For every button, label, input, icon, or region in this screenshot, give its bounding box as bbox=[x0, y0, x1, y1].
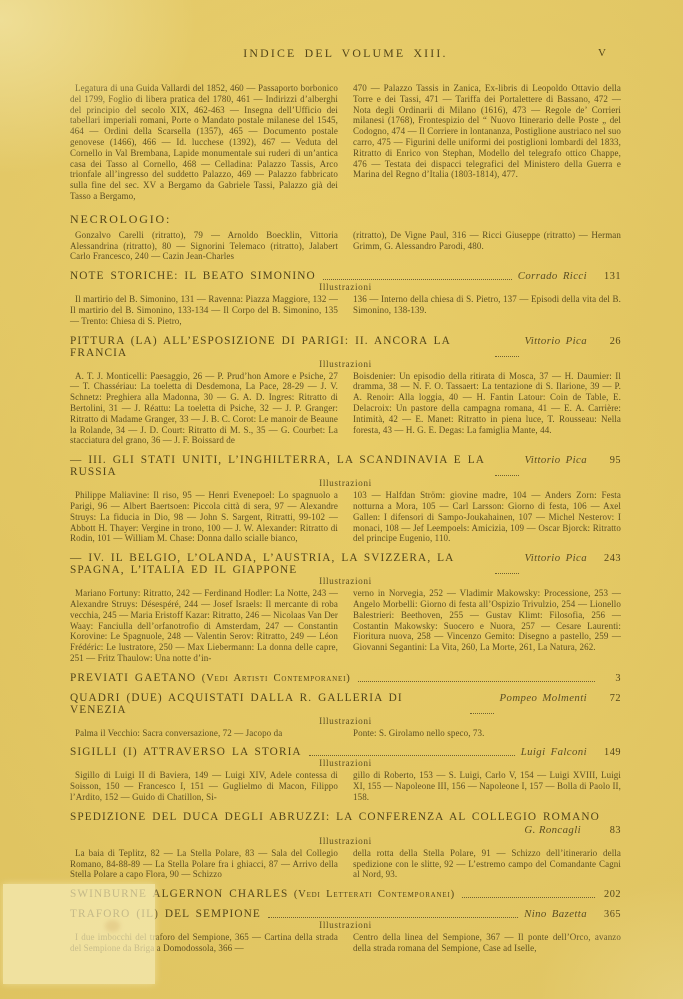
index-entry: TRAFORO (IL) DEL SEMPIONE Nino Bazetta 3… bbox=[70, 908, 621, 954]
entry-author: Pompeo Molmenti bbox=[500, 692, 587, 704]
dot-leader bbox=[268, 917, 518, 918]
running-head: INDICE DEL VOLUME XIII. V bbox=[70, 46, 621, 61]
entry-title: TRAFORO (IL) DEL SEMPIONE bbox=[70, 908, 261, 920]
index-entry: PREVIATI GAETANO (Vedi Artisti Contempor… bbox=[70, 672, 621, 684]
illustrations-block: Illustrazioni Il martirio del B. Simonin… bbox=[70, 283, 621, 326]
entry-title-text: — IV. IL BELGIO, L’OLANDA, L’AUSTRIA, LA… bbox=[70, 552, 454, 576]
index-entry: PITTURA (LA) ALL’ESPOSIZIONE DI PARIGI: … bbox=[70, 335, 621, 447]
entry-title-text: SWINBURNE ALGERNON CHARLES bbox=[70, 888, 288, 900]
necrologio-section: NECROLOGIO: Gonzalvo Carelli (ritratto),… bbox=[70, 212, 621, 262]
illustrations-left-column: A. T. J. Monticelli: Paesaggio, 26 — P. … bbox=[70, 371, 338, 447]
illustrations-left-column: Sigillo di Luigi II di Baviera, 149 — Lu… bbox=[70, 770, 338, 802]
dot-leader bbox=[470, 713, 494, 714]
entry-title-text: — III. GLI STATI UNITI, L’INGHILTERRA, L… bbox=[70, 454, 484, 478]
intro-right-column: 470 — Palazzo Tassis in Zanica, Ex-libri… bbox=[353, 83, 621, 202]
illustrations-block: Illustrazioni I due imbocchi del traforo… bbox=[70, 921, 621, 954]
illustrations-columns: La baia di Teplitz, 82 — La Stella Polar… bbox=[70, 848, 621, 880]
entry-heading-line: PREVIATI GAETANO (Vedi Artisti Contempor… bbox=[70, 672, 621, 684]
entry-heading-line: SIGILLI (I) ATTRAVERSO LA STORIA Luigi F… bbox=[70, 746, 621, 758]
necrologio-text: Gonzalvo Carelli (ritratto), 79 — Arnold… bbox=[70, 230, 621, 262]
entry-heading-line: — III. GLI STATI UNITI, L’INGHILTERRA, L… bbox=[70, 454, 621, 478]
illustrations-label: Illustrazioni bbox=[70, 360, 621, 370]
entry-author: Vittorio Pica bbox=[525, 335, 587, 347]
illustrations-right-column: 136 — Interno della chiesa di S. Pietro,… bbox=[353, 294, 621, 326]
entry-title-text: TRAFORO (IL) DEL SEMPIONE bbox=[70, 908, 261, 920]
index-entry: SIGILLI (I) ATTRAVERSO LA STORIA Luigi F… bbox=[70, 746, 621, 802]
entry-author-line: G. Roncagli 83 bbox=[70, 824, 621, 836]
index-entry: — III. GLI STATI UNITI, L’INGHILTERRA, L… bbox=[70, 454, 621, 544]
index-entry: NOTE STORICHE: IL BEATO SIMONINO Corrado… bbox=[70, 270, 621, 326]
dot-leader bbox=[309, 755, 515, 756]
entry-page-number: 26 bbox=[597, 336, 621, 347]
entry-page-number: 83 bbox=[597, 825, 621, 836]
illustrations-columns: A. T. J. Monticelli: Paesaggio, 26 — P. … bbox=[70, 371, 621, 447]
illustrations-block: Illustrazioni La baia di Teplitz, 82 — L… bbox=[70, 837, 621, 880]
entry-author: Nino Bazetta bbox=[524, 908, 587, 920]
dot-leader bbox=[495, 356, 519, 357]
entry-page-number: 243 bbox=[597, 553, 621, 564]
entry-title-text: NOTE STORICHE: IL BEATO SIMONINO bbox=[70, 270, 316, 282]
entry-heading-line: SPEDIZIONE DEL DUCA DEGLI ABRUZZI: LA CO… bbox=[70, 811, 621, 823]
scanned-book-page: INDICE DEL VOLUME XIII. V Legatura di un… bbox=[0, 0, 683, 999]
illustrations-right-column: della rotta della Stella Polare, 91 — Sc… bbox=[353, 848, 621, 880]
entry-title: PREVIATI GAETANO (Vedi Artisti Contempor… bbox=[70, 672, 351, 684]
entry-heading-line: — IV. IL BELGIO, L’OLANDA, L’AUSTRIA, LA… bbox=[70, 552, 621, 576]
dot-leader bbox=[495, 475, 519, 476]
entry-page-number: 95 bbox=[597, 455, 621, 466]
illustrations-right-column: verno in Norvegia, 252 — Vladimir Makows… bbox=[353, 588, 621, 664]
page-content: INDICE DEL VOLUME XIII. V Legatura di un… bbox=[70, 46, 621, 954]
entry-author: Vittorio Pica bbox=[525, 454, 587, 466]
illustrations-block: Illustrazioni Palma il Vecchio: Sacra co… bbox=[70, 717, 621, 739]
illustrations-label: Illustrazioni bbox=[70, 479, 621, 489]
entry-page-number: 131 bbox=[597, 271, 621, 282]
entry-title-text: SPEDIZIONE DEL DUCA DEGLI ABRUZZI: LA CO… bbox=[70, 811, 600, 823]
illustrations-columns: I due imbocchi del traforo del Sempione,… bbox=[70, 932, 621, 954]
illustrations-block: Illustrazioni Philippe Maliavine: Il ris… bbox=[70, 479, 621, 544]
entry-author: Vittorio Pica bbox=[525, 552, 587, 564]
illustrations-right-column: Boisdenier: Un episodio della ritirata d… bbox=[353, 371, 621, 447]
illustrations-block: Illustrazioni Sigillo di Luigi II di Bav… bbox=[70, 759, 621, 802]
necrologio-left-column: Gonzalvo Carelli (ritratto), 79 — Arnold… bbox=[70, 230, 338, 262]
entry-title-crossref: (Vedi Artisti Contemporanei) bbox=[196, 673, 350, 684]
entry-title: QUADRI (DUE) ACQUISTATI DALLA R. GALLERI… bbox=[70, 692, 463, 716]
entry-title-crossref: (Vedi Letterati Contemporanei) bbox=[288, 889, 455, 900]
illustrations-left-column: Il martirio del B. Simonino, 131 — Raven… bbox=[70, 294, 338, 326]
illustrations-columns: Philippe Maliavine: Il riso, 95 — Henri … bbox=[70, 490, 621, 544]
illustrations-columns: Palma il Vecchio: Sacra conversazione, 7… bbox=[70, 728, 621, 739]
illustrations-right-column: Centro della linea del Sempione, 367 — I… bbox=[353, 932, 621, 954]
index-entry: QUADRI (DUE) ACQUISTATI DALLA R. GALLERI… bbox=[70, 692, 621, 739]
folio-number: V bbox=[598, 47, 607, 59]
illustrations-label: Illustrazioni bbox=[70, 577, 621, 587]
entry-title: PITTURA (LA) ALL’ESPOSIZIONE DI PARIGI: … bbox=[70, 335, 488, 359]
illustrations-columns: Sigillo di Luigi II di Baviera, 149 — Lu… bbox=[70, 770, 621, 802]
dot-leader bbox=[323, 279, 512, 280]
illustrations-block: Illustrazioni A. T. J. Monticelli: Paesa… bbox=[70, 360, 621, 447]
entry-heading-line: SWINBURNE ALGERNON CHARLES (Vedi Lettera… bbox=[70, 888, 621, 900]
entry-title: — IV. IL BELGIO, L’OLANDA, L’AUSTRIA, LA… bbox=[70, 552, 488, 576]
illustrations-left-column: Palma il Vecchio: Sacra conversazione, 7… bbox=[70, 728, 338, 739]
index-entry: SPEDIZIONE DEL DUCA DEGLI ABRUZZI: LA CO… bbox=[70, 811, 621, 880]
illustrations-left-column: La baia di Teplitz, 82 — La Stella Polar… bbox=[70, 848, 338, 880]
entry-author: Luigi Falconi bbox=[521, 746, 587, 758]
entry-title-text: QUADRI (DUE) ACQUISTATI DALLA R. GALLERI… bbox=[70, 692, 403, 716]
entry-title-text: PITTURA (LA) ALL’ESPOSIZIONE DI PARIGI: … bbox=[70, 335, 450, 359]
illustrations-label: Illustrazioni bbox=[70, 921, 621, 931]
entry-title: — III. GLI STATI UNITI, L’INGHILTERRA, L… bbox=[70, 454, 488, 478]
continued-entry-text: Legatura di una Guida Vallardi del 1852,… bbox=[70, 83, 621, 202]
illustrations-left-column: Mariano Fortuny: Ritratto, 242 — Ferdina… bbox=[70, 588, 338, 664]
illustrations-label: Illustrazioni bbox=[70, 283, 621, 293]
entry-page-number: 72 bbox=[597, 693, 621, 704]
page-title: INDICE DEL VOLUME XIII. bbox=[243, 46, 447, 60]
entry-author: G. Roncagli bbox=[524, 824, 581, 836]
illustrations-label: Illustrazioni bbox=[70, 759, 621, 769]
illustrations-columns: Il martirio del B. Simonino, 131 — Raven… bbox=[70, 294, 621, 326]
illustrations-left-column: Philippe Maliavine: Il riso, 95 — Henri … bbox=[70, 490, 338, 544]
illustrations-right-column: 103 — Halfdan Ström: giovine madre, 104 … bbox=[353, 490, 621, 544]
entry-title: SIGILLI (I) ATTRAVERSO LA STORIA bbox=[70, 746, 302, 758]
entry-heading-line: NOTE STORICHE: IL BEATO SIMONINO Corrado… bbox=[70, 270, 621, 282]
entry-title-text: PREVIATI GAETANO bbox=[70, 672, 196, 684]
entry-heading-line: QUADRI (DUE) ACQUISTATI DALLA R. GALLERI… bbox=[70, 692, 621, 716]
illustrations-label: Illustrazioni bbox=[70, 717, 621, 727]
entry-page-number: 202 bbox=[597, 889, 621, 900]
dot-leader bbox=[462, 897, 595, 898]
intro-left-column: Legatura di una Guida Vallardi del 1852,… bbox=[70, 83, 338, 202]
necrologio-right-column: (ritratto), De Vigne Paul, 316 — Ricci G… bbox=[353, 230, 621, 262]
entry-title: SPEDIZIONE DEL DUCA DEGLI ABRUZZI: LA CO… bbox=[70, 811, 600, 823]
illustrations-columns: Mariano Fortuny: Ritratto, 242 — Ferdina… bbox=[70, 588, 621, 664]
entry-title: NOTE STORICHE: IL BEATO SIMONINO bbox=[70, 270, 316, 282]
entry-title-text: SIGILLI (I) ATTRAVERSO LA STORIA bbox=[70, 746, 302, 758]
illustrations-block: Illustrazioni Mariano Fortuny: Ritratto,… bbox=[70, 577, 621, 664]
entry-heading-line: PITTURA (LA) ALL’ESPOSIZIONE DI PARIGI: … bbox=[70, 335, 621, 359]
entry-title: SWINBURNE ALGERNON CHARLES (Vedi Lettera… bbox=[70, 888, 455, 900]
entry-page-number: 365 bbox=[597, 909, 621, 920]
entry-heading-line: TRAFORO (IL) DEL SEMPIONE Nino Bazetta 3… bbox=[70, 908, 621, 920]
index-entry: — IV. IL BELGIO, L’OLANDA, L’AUSTRIA, LA… bbox=[70, 552, 621, 664]
entry-page-number: 3 bbox=[597, 673, 621, 684]
entry-author: Corrado Ricci bbox=[518, 270, 587, 282]
illustrations-right-column: Ponte: S. Girolamo nello speco, 73. bbox=[353, 728, 621, 739]
illustrations-right-column: gillo di Roberto, 153 — S. Luigi, Carlo … bbox=[353, 770, 621, 802]
index-entry: SWINBURNE ALGERNON CHARLES (Vedi Lettera… bbox=[70, 888, 621, 900]
necrologio-heading: NECROLOGIO: bbox=[70, 212, 621, 227]
illustrations-label: Illustrazioni bbox=[70, 837, 621, 847]
entry-page-number: 149 bbox=[597, 747, 621, 758]
index-entries: NOTE STORICHE: IL BEATO SIMONINO Corrado… bbox=[70, 270, 621, 954]
dot-leader bbox=[495, 573, 519, 574]
dot-leader bbox=[358, 681, 595, 682]
illustrations-left-column: I due imbocchi del traforo del Sempione,… bbox=[70, 932, 338, 954]
